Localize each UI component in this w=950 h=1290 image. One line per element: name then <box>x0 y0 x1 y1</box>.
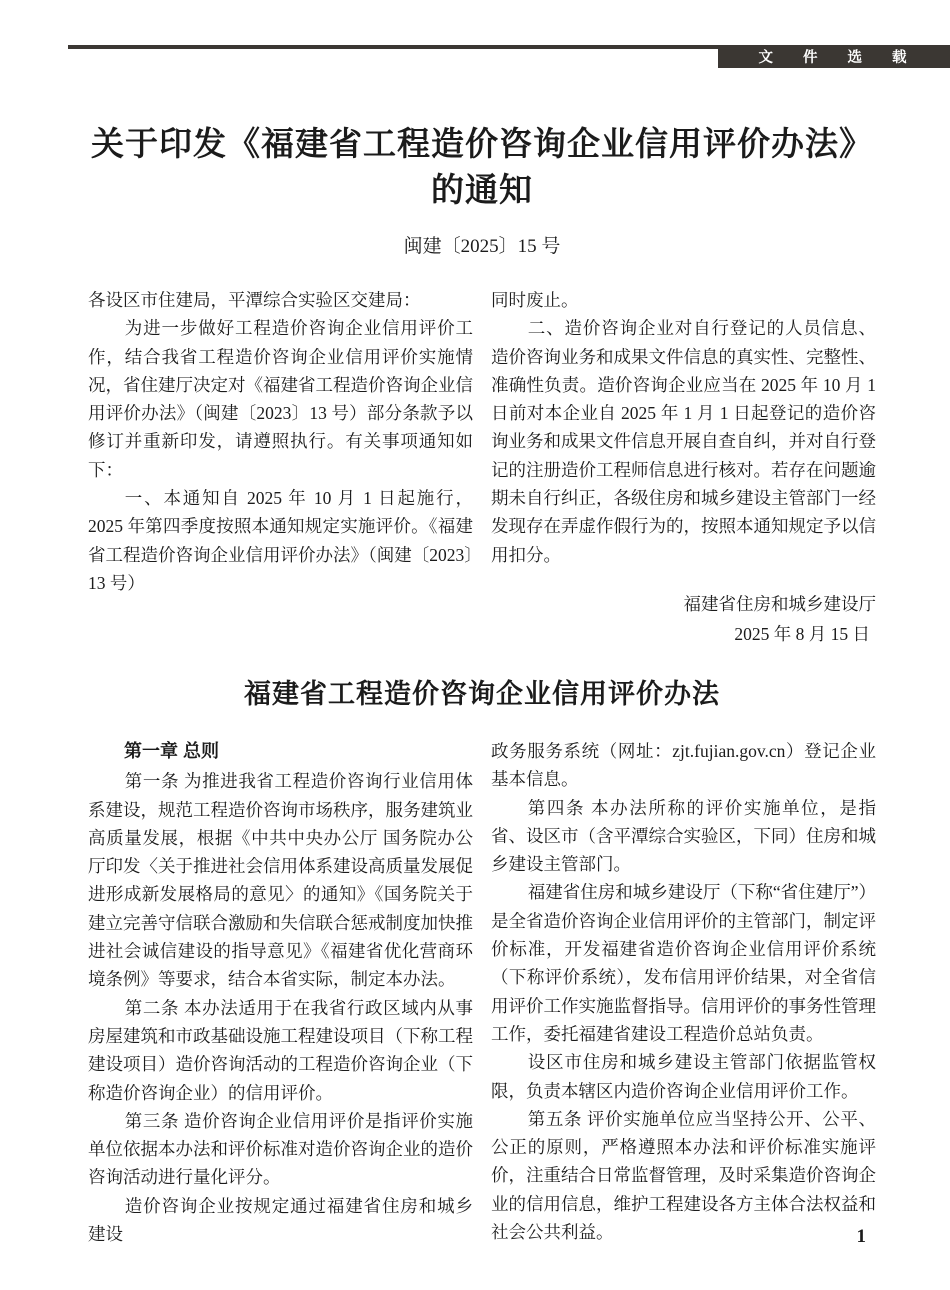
document-page: 文 件 选 载 关于印发《福建省工程造价咨询企业信用评价办法》的通知 闽建〔20… <box>0 0 950 1290</box>
notice-salutation: 各设区市住建局，平潭综合实验区交建局： <box>88 286 473 314</box>
notice-body: 各设区市住建局，平潭综合实验区交建局： 为进一步做好工程造价咨询企业信用评价工作… <box>88 286 876 649</box>
article-3-continuation: 政务服务系统（网址：zjt.fujian.gov.cn）登记企业基本信息。 <box>491 737 876 794</box>
notice-title: 关于印发《福建省工程造价咨询企业信用评价办法》的通知 <box>88 122 876 214</box>
notice-item-2: 二、造价咨询企业对自行登记的人员信息、造价咨询业务和成果文件信息的真实性、完整性… <box>491 314 876 569</box>
article-2: 第二条 本办法适用于在我省行政区域内从事房屋建筑和市政基础设施工程建设项目（下称… <box>88 994 473 1107</box>
notice-right-column: 同时废止。 二、造价咨询企业对自行登记的人员信息、造价咨询业务和成果文件信息的真… <box>491 286 876 649</box>
measure-left-column: 第一章 总则 第一条 为推进我省工程造价咨询行业信用体系建设，规范工程造价咨询市… <box>88 737 473 1248</box>
page-content: 关于印发《福建省工程造价咨询企业信用评价办法》的通知 闽建〔2025〕15 号 … <box>88 0 876 1248</box>
measure-title: 福建省工程造价咨询企业信用评价办法 <box>88 675 876 713</box>
sign-date: 2025 年 8 月 15 日 <box>491 619 876 649</box>
notice-left-column: 各设区市住建局，平潭综合实验区交建局： 为进一步做好工程造价咨询企业信用评价工作… <box>88 286 473 649</box>
notice-title-line2: 的通知 <box>431 173 533 209</box>
signer-name: 福建省住房和城乡建设厅 <box>491 589 876 619</box>
doc-number: 闽建〔2025〕15 号 <box>88 231 876 258</box>
notice-item-1-continuation: 同时废止。 <box>491 286 876 314</box>
page-number: 1 <box>857 1226 867 1248</box>
article-3: 第三条 造价咨询企业信用评价是指评价实施单位依据本办法和评价标准对造价咨询企业的… <box>88 1107 473 1192</box>
article-4-paragraph-3: 设区市住房和城乡建设主管部门依据监管权限，负责本辖区内造价咨询企业信用评价工作。 <box>491 1048 876 1105</box>
notice-item-1: 一、本通知自 2025 年 10 月 1 日起施行，2025 年第四季度按照本通… <box>88 484 473 597</box>
measure-right-column: 政务服务系统（网址：zjt.fujian.gov.cn）登记企业基本信息。 第四… <box>491 737 876 1248</box>
signature-block: 福建省住房和城乡建设厅 2025 年 8 月 15 日 <box>491 589 876 649</box>
article-1: 第一条 为推进我省工程造价咨询行业信用体系建设，规范工程造价咨询市场秩序，服务建… <box>88 767 473 993</box>
article-5: 第五条 评价实施单位应当坚持公开、公平、公正的原则，严格遵照本办法和评价标准实施… <box>491 1105 876 1246</box>
notice-paragraph: 为进一步做好工程造价咨询企业信用评价工作，结合我省工程造价咨询企业信用评价实施情… <box>88 314 473 484</box>
measure-body: 第一章 总则 第一条 为推进我省工程造价咨询行业信用体系建设，规范工程造价咨询市… <box>88 737 876 1248</box>
article-3-paragraph-2: 造价咨询企业按规定通过福建省住房和城乡建设 <box>88 1192 473 1249</box>
article-4-paragraph-2: 福建省住房和城乡建设厅（下称“省住建厅”）是全省造价咨询企业信用评价的主管部门，… <box>491 878 876 1048</box>
chapter-heading: 第一章 总则 <box>88 737 473 765</box>
notice-title-line1: 关于印发《福建省工程造价咨询企业信用评价办法》 <box>91 127 873 163</box>
article-4: 第四条 本办法所称的评价实施单位，是指省、设区市（含平潭综合实验区，下同）住房和… <box>491 794 876 879</box>
